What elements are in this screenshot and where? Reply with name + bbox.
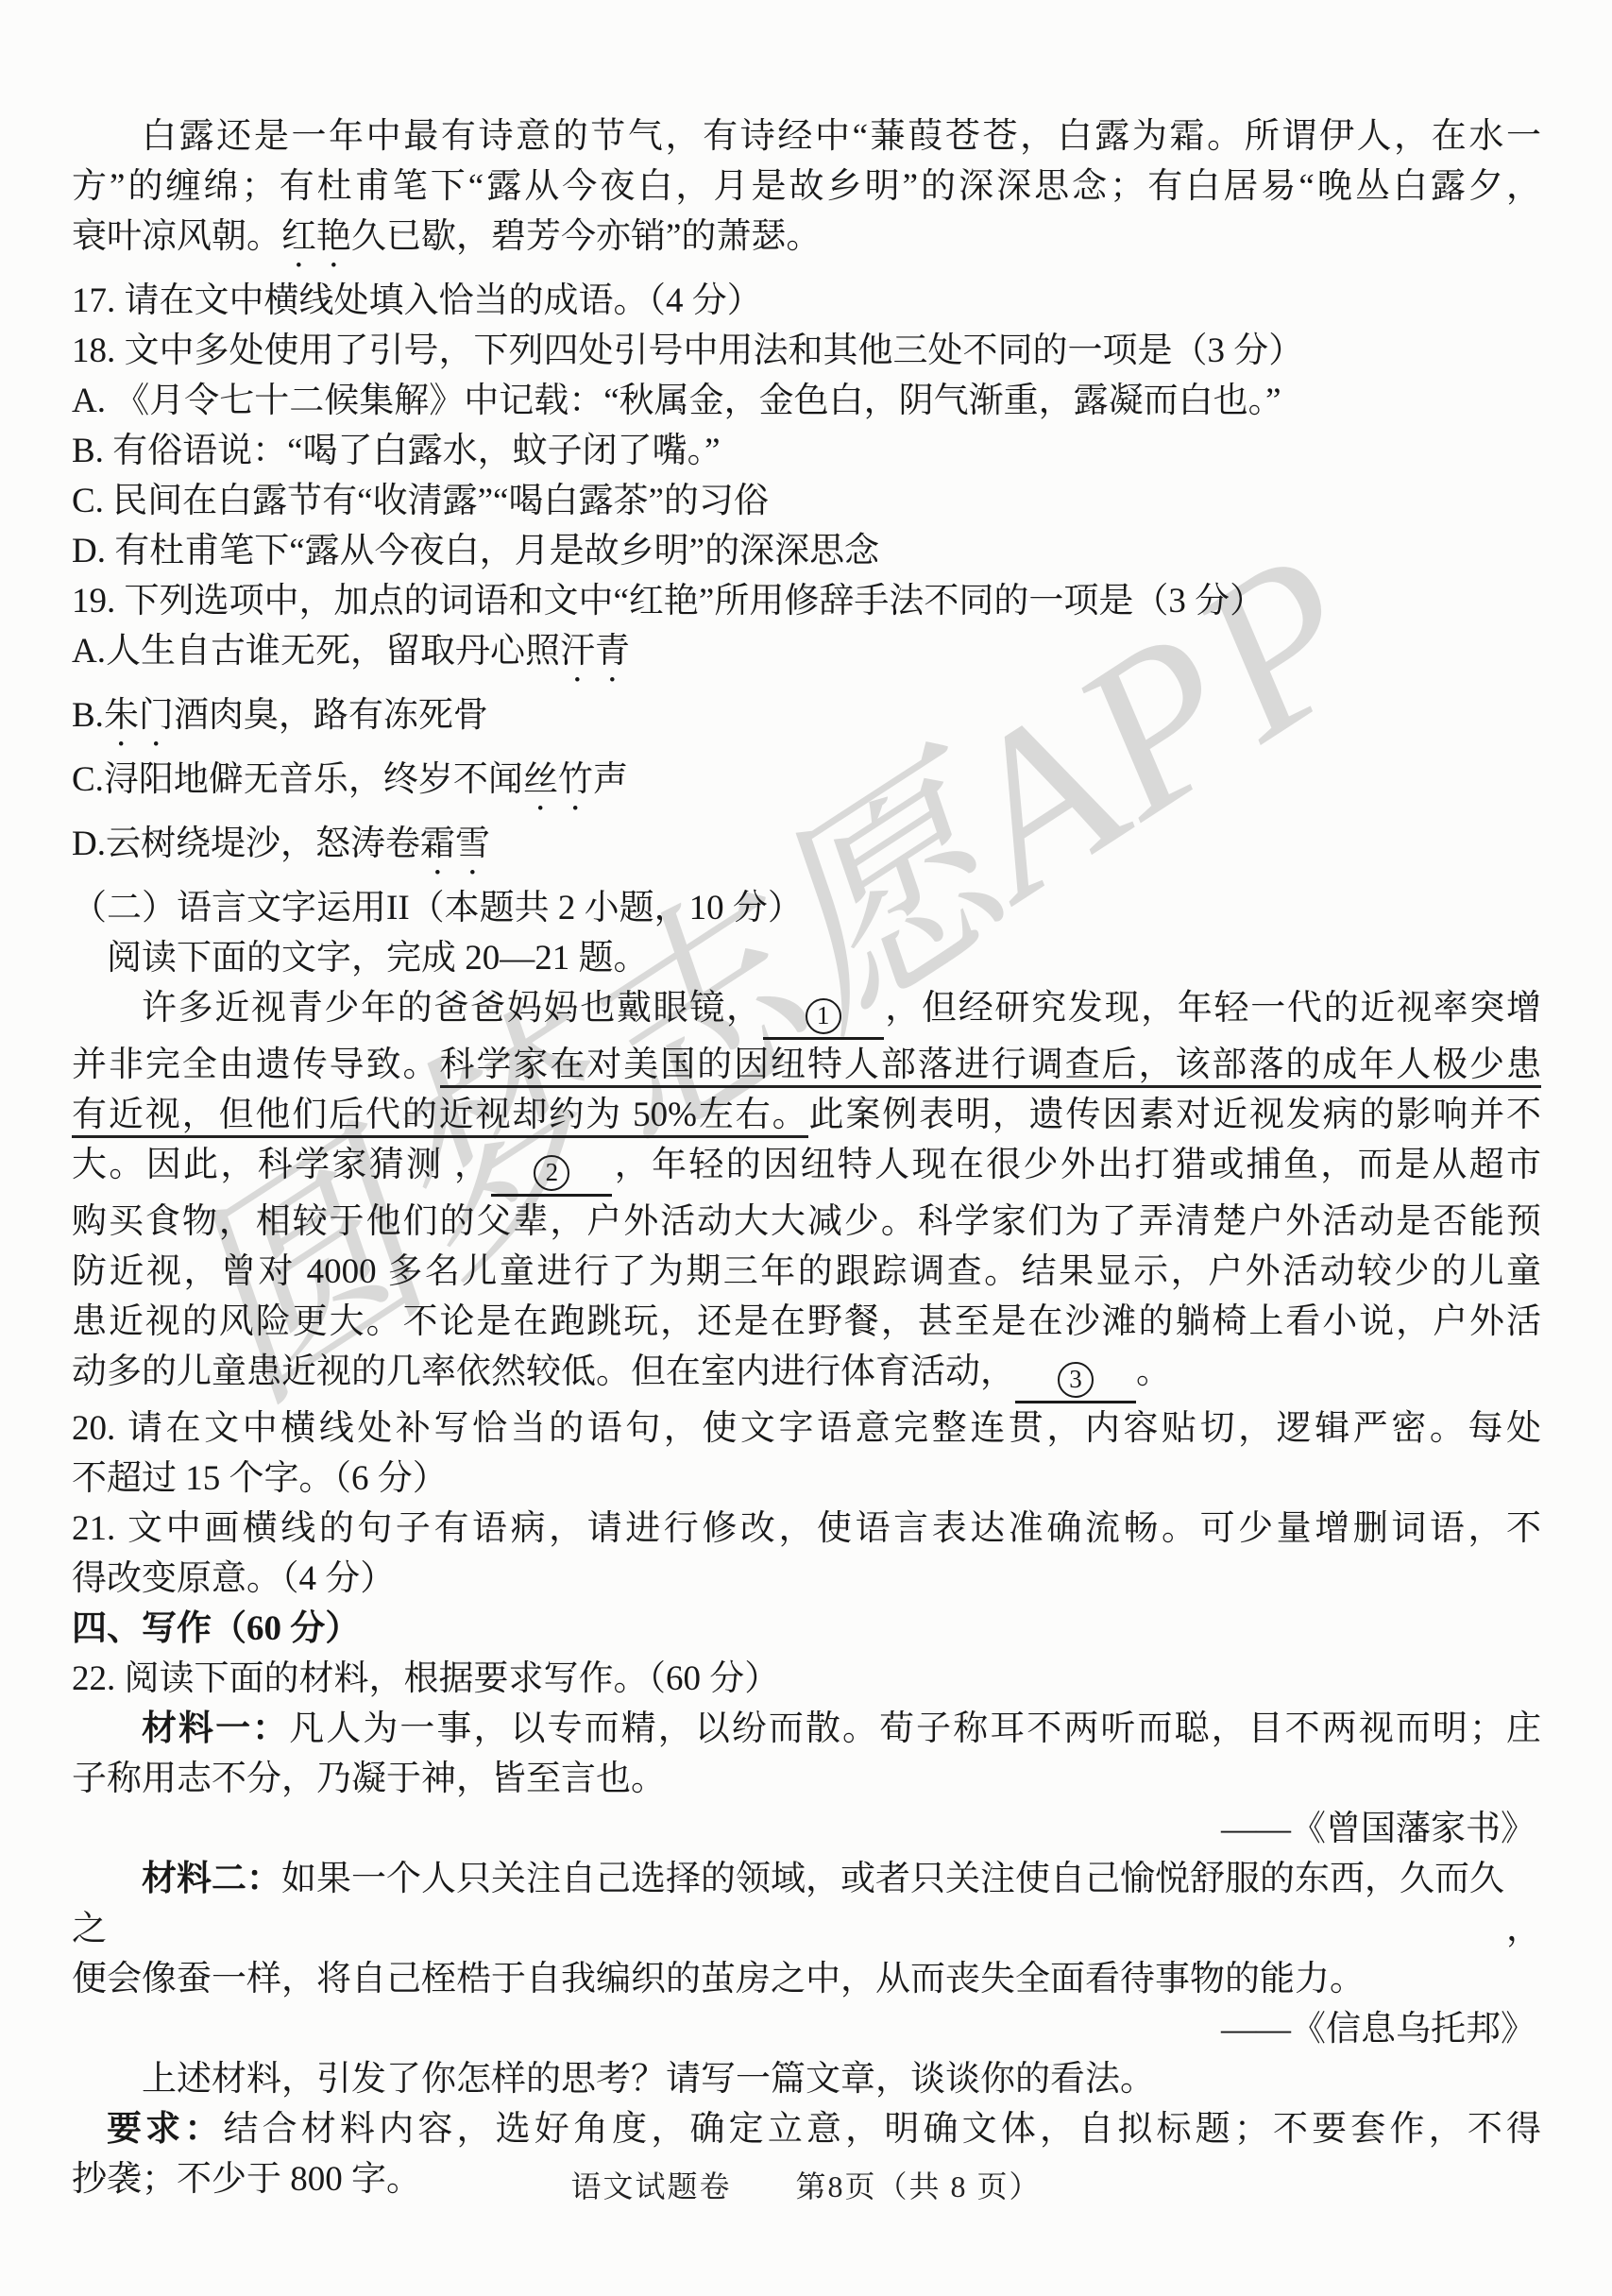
text-segment: 方”的缠绵；有杜甫笔下“露从今夜白，月是故乡明”的深深思念；有白居易“晚丛白露夕… [72, 167, 1541, 206]
text-segment: B. [72, 696, 104, 735]
text-segment: C.浔阳地僻无音乐，终岁不闻 [72, 760, 523, 799]
circled-number: 3 [1058, 1362, 1094, 1398]
q18-option-c: C. 民间在白露节有“收清露”“喝白露茶”的习俗 [72, 476, 1541, 526]
material-1-line-2: 子称用志不分，乃凝于神，皆至言也。 [72, 1754, 1541, 1804]
text-segment: ，年轻的因纽特人现在很少外出打猎或捕鱼，而是从超市 [612, 1146, 1541, 1184]
answer-blank: 3 [1015, 1347, 1136, 1403]
passage-line-2: 并非完全由遗传导致。科学家在对美国的因纽特人部落进行调查后，该部落的成年人极少患 [72, 1040, 1541, 1090]
underlined-text: 科学家在对美国的因纽特人部落进行调查后，该部落的成年人极少患 [440, 1046, 1542, 1088]
answer-blank: 2 [491, 1140, 612, 1197]
text-segment: 17. 请在文中横线处填入恰当的成语。（4 分） [72, 281, 762, 320]
passage-line-1: 许多近视青少年的爸爸妈妈也戴眼镜，1，但经研究发现，年轻一代的近视率突增 [72, 983, 1541, 1040]
text-segment: 许多近视青少年的爸爸妈妈也戴眼镜， [142, 989, 763, 1028]
q18-option-a: A. 《月令七十二候集解》中记载：“秋属金，金色白，阴气渐重，露凝而白也。” [72, 376, 1541, 426]
text-segment: 衰叶凉风朝。 [72, 217, 281, 256]
text-segment: 白露还是一年中最有诗意的节气，有诗经中“蒹葭苍苍，白露为霜。所谓伊人，在水一 [142, 117, 1541, 156]
underlined-text: 有近视，但他们后代的近视却约为 50%左右。 [72, 1096, 808, 1138]
question-18: 18. 文中多处使用了引号，下列四处引号中用法和其他三处不同的一项是（3 分） [72, 326, 1541, 376]
circled-number: 2 [534, 1155, 569, 1191]
material-2-line-2: 便会像蚕一样，将自己桎梏于自我编织的茧房之中，从而丧失全面看待事物的能力。 [72, 1954, 1541, 2004]
text-segment: 。 [1136, 1352, 1171, 1391]
text-segment: 凡人为一事，以专而精，以纷而散。荀子称耳不两听而聪，目不两视而明；庄 [289, 1709, 1541, 1748]
q19-option-b: B.朱门酒肉臭，路有冻死骨 [72, 690, 1541, 755]
material-1-line-1: 材料一：凡人为一事，以专而精，以纷而散。荀子称耳不两听而聪，目不两视而明；庄 [72, 1704, 1541, 1754]
text-segment: 如果一个人只关注自己选择的领域，或者只关注使自己愉悦舒服的东西，久而久之， [72, 1860, 1541, 1948]
q18-option-b: B. 有俗语说：“喝了白露水，蚊子闭了嘴。” [72, 426, 1541, 476]
text-segment: 防近视，曾对 4000 多名儿童进行了为期三年的跟踪调查。结果显示，户外活动较少… [72, 1252, 1541, 1291]
emphasized-word: 霜雪 [420, 825, 490, 863]
question-21-line-1: 21. 文中画横线的句子有语病，请进行修改，使语言表达准确流畅。可少量增删词语，… [72, 1504, 1541, 1554]
text-segment: 并非完全由遗传导致。 [72, 1046, 440, 1084]
text-segment: 动多的儿童患近视的几率依然较低。但在室内进行体育活动， [72, 1352, 1015, 1391]
text-segment: D. 有杜甫笔下“露从今夜白，月是故乡明”的深深思念 [72, 532, 879, 570]
text-segment: 大。因此，科学家猜测 ， [72, 1146, 491, 1184]
text-segment: 18. 文中多处使用了引号，下列四处引号中用法和其他三处不同的一项是（3 分） [72, 332, 1303, 370]
page-footer: 语文试题卷 第8页（共 8 页） [0, 2163, 1612, 2206]
text-segment: 材料二： [142, 1860, 281, 1898]
text-segment: 患近视的风险更大。不论是在跑跳玩，还是在野餐，甚至是在沙滩的躺椅上看小说，户外活 [72, 1302, 1541, 1341]
text-segment: 久已歇，碧芳今亦销”的萧瑟。 [351, 217, 821, 256]
text-segment: C. 民间在白露节有“收清露”“喝白露茶”的习俗 [72, 482, 769, 520]
question-20-line-1: 20. 请在文中横线处补写恰当的语句，使文字语意完整连贯，内容贴切，逻辑严密。每… [72, 1403, 1541, 1454]
passage-line-6: 防近视，曾对 4000 多名儿童进行了为期三年的跟踪调查。结果显示，户外活动较少… [72, 1247, 1541, 1297]
passage-line-7: 患近视的风险更大。不论是在跑跳玩，还是在野餐，甚至是在沙滩的躺椅上看小说，户外活 [72, 1297, 1541, 1347]
text-segment: 要求： [107, 2110, 224, 2149]
circled-number: 1 [806, 998, 841, 1034]
answer-blank: 1 [763, 983, 884, 1040]
question-20-line-2: 不超过 15 个字。（6 分） [72, 1454, 1541, 1504]
reading-instruction: 阅读下面的文字，完成 20—21 题。 [72, 933, 1541, 983]
text-segment: 阅读下面的文字，完成 20—21 题。 [107, 939, 649, 978]
text-segment: 22. 阅读下面的材料，根据要求写作。（60 分） [72, 1659, 779, 1698]
text-segment: ——《信息乌托邦》 [1221, 2010, 1536, 2049]
emphasized-word: 红艳 [281, 217, 351, 256]
material-1-source: ——《曾国藩家书》 [72, 1804, 1541, 1854]
text-segment: 此案例表明，遗传因素对近视发病的影响并不 [808, 1096, 1541, 1134]
intro-line-3: 衰叶凉风朝。红艳久已歇，碧芳今亦销”的萧瑟。 [72, 212, 1541, 276]
material-2-line-1: 材料二：如果一个人只关注自己选择的领域，或者只关注使自己愉悦舒服的东西，久而久之… [72, 1854, 1541, 1954]
q19-option-d: D.云树绕堤沙，怒涛卷霜雪 [72, 819, 1541, 883]
question-19: 19. 下列选项中，加点的词语和文中“红艳”所用修辞手法不同的一项是（3 分） [72, 576, 1541, 626]
text-segment: 四、写作（60 分） [72, 1609, 360, 1648]
passage-line-5: 购买食物，相较于他们的父辈，户外活动大大减少。科学家们为了弄清楚户外活动是否能预 [72, 1197, 1541, 1247]
emphasized-word: 丝竹 [523, 760, 593, 799]
section-2-heading: （二）语言文字运用II（本题共 2 小题，10 分） [72, 883, 1541, 933]
passage-line-3: 有近视，但他们后代的近视却约为 50%左右。此案例表明，遗传因素对近视发病的影响… [72, 1090, 1541, 1140]
question-17: 17. 请在文中横线处填入恰当的成语。（4 分） [72, 276, 1541, 326]
prompt-line: 上述材料，引发了你怎样的思考？请写一篇文章，谈谈你的看法。 [72, 2054, 1541, 2104]
text-segment: 20. 请在文中横线处补写恰当的语句，使文字语意完整连贯，内容贴切，逻辑严密。每… [72, 1409, 1541, 1448]
material-2-source: ——《信息乌托邦》 [72, 2004, 1541, 2054]
exam-page: 圆梦志愿APP 白露还是一年中最有诗意的节气，有诗经中“蒹葭苍苍，白露为霜。所谓… [0, 0, 1612, 2296]
section-4-heading: 四、写作（60 分） [72, 1604, 1541, 1654]
text-segment: 声 [593, 760, 628, 799]
text-segment: D.云树绕堤沙，怒涛卷 [72, 825, 420, 863]
intro-line-1: 白露还是一年中最有诗意的节气，有诗经中“蒹葭苍苍，白露为霜。所谓伊人，在水一 [72, 111, 1541, 162]
text-segment: 购买食物，相较于他们的父辈，户外活动大大减少。科学家们为了弄清楚户外活动是否能预 [72, 1202, 1541, 1241]
text-segment: 不超过 15 个字。（6 分） [72, 1459, 448, 1498]
text-segment: 酒肉臭，路有冻死骨 [174, 696, 488, 735]
q19-option-a: A.人生自古谁无死，留取丹心照汗青 [72, 626, 1541, 690]
q19-option-c: C.浔阳地僻无音乐，终岁不闻丝竹声 [72, 755, 1541, 819]
text-segment: ，但经研究发现，年轻一代的近视率突增 [884, 989, 1541, 1028]
text-segment: ——《曾国藩家书》 [1221, 1810, 1536, 1848]
text-segment: 子称用志不分，乃凝于神，皆至言也。 [72, 1760, 666, 1798]
text-segment: 得改变原意。（4 分） [72, 1559, 395, 1598]
text-segment: 21. 文中画横线的句子有语病，请进行修改，使语言表达准确流畅。可少量增删词语，… [72, 1509, 1541, 1548]
emphasized-word: 汗青 [560, 632, 630, 671]
question-21-line-2: 得改变原意。（4 分） [72, 1554, 1541, 1604]
requirement-line-1: 要求：结合材料内容，选好角度，确定立意，明确文体，自拟标题；不要套作，不得 [72, 2104, 1541, 2154]
text-segment: 上述材料，引发了你怎样的思考？请写一篇文章，谈谈你的看法。 [142, 2060, 1155, 2099]
passage-line-8: 动多的儿童患近视的几率依然较低。但在室内进行体育活动，3。 [72, 1347, 1541, 1403]
q18-option-d: D. 有杜甫笔下“露从今夜白，月是故乡明”的深深思念 [72, 526, 1541, 576]
emphasized-word: 朱门 [104, 696, 174, 735]
text-segment: A.人生自古谁无死，留取丹心照 [72, 632, 560, 671]
text-segment: 便会像蚕一样，将自己桎梏于自我编织的茧房之中，从而丧失全面看待事物的能力。 [72, 1960, 1365, 1998]
text-segment: B. 有俗语说：“喝了白露水，蚊子闭了嘴。” [72, 432, 721, 470]
text-segment: 结合材料内容，选好角度，确定立意，明确文体，自拟标题；不要套作，不得 [224, 2110, 1542, 2149]
intro-line-2: 方”的缠绵；有杜甫笔下“露从今夜白，月是故乡明”的深深思念；有白居易“晚丛白露夕… [72, 162, 1541, 212]
document-body: 白露还是一年中最有诗意的节气，有诗经中“蒹葭苍苍，白露为霜。所谓伊人，在水一方”… [72, 111, 1541, 2204]
text-segment: 材料一： [142, 1709, 289, 1748]
passage-line-4: 大。因此，科学家猜测 ，2，年轻的因纽特人现在很少外出打猎或捕鱼，而是从超市 [72, 1140, 1541, 1197]
question-22: 22. 阅读下面的材料，根据要求写作。（60 分） [72, 1654, 1541, 1704]
text-segment: A. 《月令七十二候集解》中记载：“秋属金，金色白，阴气渐重，露凝而白也。” [72, 382, 1281, 420]
text-segment: 19. 下列选项中，加点的词语和文中“红艳”所用修辞手法不同的一项是（3 分） [72, 582, 1264, 621]
text-segment: （二）语言文字运用II（本题共 2 小题，10 分） [72, 889, 803, 927]
